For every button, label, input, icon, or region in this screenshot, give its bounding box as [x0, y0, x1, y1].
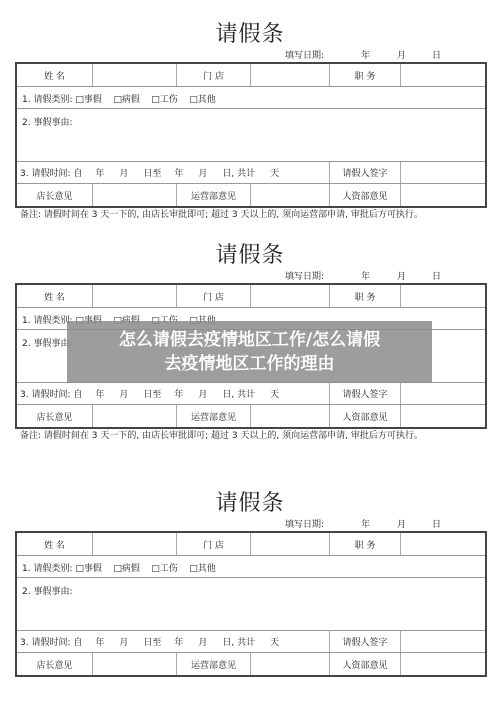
time-days: 天	[270, 635, 279, 648]
watermark-line-2: 去疫情地区工作的理由	[165, 352, 335, 376]
operations-label: 运营部意见	[177, 405, 251, 427]
leave-form-table: 姓 名 门 店 职 务 1. 请假类别: □事假 □病假 □工伤 □其他 2. …	[15, 531, 487, 677]
time-days: 天	[270, 166, 279, 179]
time-month-to: 月	[198, 166, 207, 179]
time-year-from: 年	[95, 635, 104, 648]
hr-field[interactable]	[401, 405, 485, 427]
store-label: 门 店	[177, 285, 251, 307]
fill-date-label: 填写日期:	[285, 269, 324, 282]
checkbox-work-injury[interactable]: □工伤	[151, 95, 178, 105]
time-day-from: 日至	[143, 166, 161, 179]
name-label: 姓 名	[17, 533, 93, 555]
store-manager-label: 店长意见	[17, 184, 93, 206]
fill-date-day: 日	[432, 48, 441, 61]
time-day-to-total: 日, 共计	[222, 166, 255, 179]
store-field[interactable]	[251, 64, 330, 86]
hr-label: 人资部意见	[330, 405, 401, 427]
fill-date-year: 年	[361, 269, 370, 282]
time-year-from: 年	[95, 166, 104, 179]
fill-date-day: 日	[432, 269, 441, 282]
store-manager-field[interactable]	[93, 653, 177, 675]
leave-type-label: 1. 请假类别:	[22, 95, 72, 105]
store-manager-field[interactable]	[93, 184, 177, 206]
leave-time-label: 3. 请假时间: 自	[20, 166, 82, 179]
fill-date-label: 填写日期:	[285, 48, 324, 61]
row-leave-type: 1. 请假类别: □事假 □病假 □工伤 □其他	[17, 556, 485, 578]
store-manager-field[interactable]	[93, 405, 177, 427]
store-label: 门 店	[177, 533, 251, 555]
time-days: 天	[270, 387, 279, 400]
row-leave-time: 3. 请假时间: 自 年 月 日至 年 月 日, 共计 天 请假人签字	[17, 383, 485, 405]
checkbox-other[interactable]: □其他	[189, 95, 216, 105]
time-year-from: 年	[95, 387, 104, 400]
time-month-to: 月	[198, 635, 207, 648]
leave-form-table: 姓 名 门 店 职 务 1. 请假类别: □事假 □病假 □工伤 □其他 2. …	[15, 62, 487, 208]
row-approvals: 店长意见 运营部意见 人资部意见	[17, 405, 485, 427]
name-field[interactable]	[93, 285, 177, 307]
leave-time-cell[interactable]: 3. 请假时间: 自 年 月 日至 年 月 日, 共计 天	[17, 162, 330, 183]
row-leave-time: 3. 请假时间: 自 年 月 日至 年 月 日, 共计 天 请假人签字	[17, 162, 485, 184]
time-month-to: 月	[198, 387, 207, 400]
time-month-from: 月	[119, 387, 128, 400]
name-field[interactable]	[93, 533, 177, 555]
time-year-to: 年	[174, 635, 183, 648]
checkbox-other[interactable]: □其他	[189, 564, 216, 574]
operations-label: 运营部意见	[177, 653, 251, 675]
row-leave-reason[interactable]: 2. 事假事由:	[17, 109, 485, 162]
hr-field[interactable]	[401, 184, 485, 206]
position-label: 职 务	[330, 64, 401, 86]
signature-label: 请假人签字	[330, 631, 401, 652]
leave-type-label: 1. 请假类别:	[22, 564, 72, 574]
operations-field[interactable]	[251, 405, 330, 427]
time-year-to: 年	[174, 166, 183, 179]
fill-date-month: 月	[397, 517, 406, 530]
leave-reason-label: 2. 事假事由:	[22, 115, 72, 128]
signature-label: 请假人签字	[330, 162, 401, 183]
form-title: 请假条	[0, 238, 500, 269]
leave-type-line: 1. 请假类别: □事假 □病假 □工伤 □其他	[22, 92, 216, 105]
fill-date-month: 月	[397, 269, 406, 282]
store-field[interactable]	[251, 285, 330, 307]
name-label: 姓 名	[17, 64, 93, 86]
fill-date-day: 日	[432, 517, 441, 530]
row-basic-info: 姓 名 门 店 职 务	[17, 533, 485, 556]
time-day-from: 日至	[143, 635, 161, 648]
row-basic-info: 姓 名 门 店 职 务	[17, 64, 485, 87]
signature-field[interactable]	[401, 162, 485, 183]
form-note: 备注: 请假时间在 3 天一下的, 由店长审批即可; 超过 3 天以上的, 须向…	[20, 429, 470, 443]
time-day-to-total: 日, 共计	[222, 635, 255, 648]
fill-date-year: 年	[361, 517, 370, 530]
signature-label: 请假人签字	[330, 383, 401, 404]
row-leave-reason[interactable]: 2. 事假事由:	[17, 578, 485, 631]
leave-time-label: 3. 请假时间: 自	[20, 387, 82, 400]
operations-label: 运营部意见	[177, 184, 251, 206]
checkbox-personal-leave[interactable]: □事假	[75, 95, 102, 105]
row-leave-time: 3. 请假时间: 自 年 月 日至 年 月 日, 共计 天 请假人签字	[17, 631, 485, 653]
store-manager-label: 店长意见	[17, 405, 93, 427]
position-field[interactable]	[401, 64, 485, 86]
hr-label: 人资部意见	[330, 653, 401, 675]
signature-field[interactable]	[401, 631, 485, 652]
position-label: 职 务	[330, 533, 401, 555]
hr-field[interactable]	[401, 653, 485, 675]
time-month-from: 月	[119, 166, 128, 179]
store-label: 门 店	[177, 64, 251, 86]
checkbox-work-injury[interactable]: □工伤	[151, 564, 178, 574]
operations-field[interactable]	[251, 184, 330, 206]
operations-field[interactable]	[251, 653, 330, 675]
position-label: 职 务	[330, 285, 401, 307]
store-manager-label: 店长意见	[17, 653, 93, 675]
fill-date-label: 填写日期:	[285, 517, 324, 530]
checkbox-sick-leave[interactable]: □病假	[113, 564, 140, 574]
row-approvals: 店长意见 运营部意见 人资部意见	[17, 184, 485, 206]
row-leave-type: 1. 请假类别: □事假 □病假 □工伤 □其他	[17, 87, 485, 109]
fill-date-year: 年	[361, 48, 370, 61]
form-note: 备注: 请假时间在 3 天一下的, 由店长审批即可; 超过 3 天以上的, 须向…	[20, 208, 470, 222]
checkbox-personal-leave[interactable]: □事假	[75, 564, 102, 574]
form-title: 请假条	[0, 486, 500, 517]
time-day-from: 日至	[143, 387, 161, 400]
leave-type-label: 1. 请假类别:	[22, 316, 72, 326]
time-day-to-total: 日, 共计	[222, 387, 255, 400]
leave-reason-label: 2. 事假事由:	[22, 584, 72, 597]
time-year-to: 年	[174, 387, 183, 400]
name-label: 姓 名	[17, 285, 93, 307]
checkbox-sick-leave[interactable]: □病假	[113, 95, 140, 105]
store-field[interactable]	[251, 533, 330, 555]
watermark-banner: 怎么请假去疫情地区工作/怎么请假 去疫情地区工作的理由	[67, 321, 432, 383]
leave-time-cell[interactable]: 3. 请假时间: 自 年 月 日至 年 月 日, 共计 天	[17, 631, 330, 652]
form-title: 请假条	[0, 17, 500, 48]
row-approvals: 店长意见 运营部意见 人资部意见	[17, 653, 485, 675]
watermark-line-1: 怎么请假去疫情地区工作/怎么请假	[119, 328, 380, 352]
signature-field[interactable]	[401, 383, 485, 404]
name-field[interactable]	[93, 64, 177, 86]
position-field[interactable]	[401, 285, 485, 307]
position-field[interactable]	[401, 533, 485, 555]
leave-type-line: 1. 请假类别: □事假 □病假 □工伤 □其他	[22, 561, 216, 574]
leave-time-label: 3. 请假时间: 自	[20, 635, 82, 648]
time-month-from: 月	[119, 635, 128, 648]
leave-time-cell[interactable]: 3. 请假时间: 自 年 月 日至 年 月 日, 共计 天	[17, 383, 330, 404]
leave-reason-label: 2. 事假事由:	[22, 336, 72, 349]
hr-label: 人资部意见	[330, 184, 401, 206]
row-basic-info: 姓 名 门 店 职 务	[17, 285, 485, 308]
fill-date-month: 月	[397, 48, 406, 61]
